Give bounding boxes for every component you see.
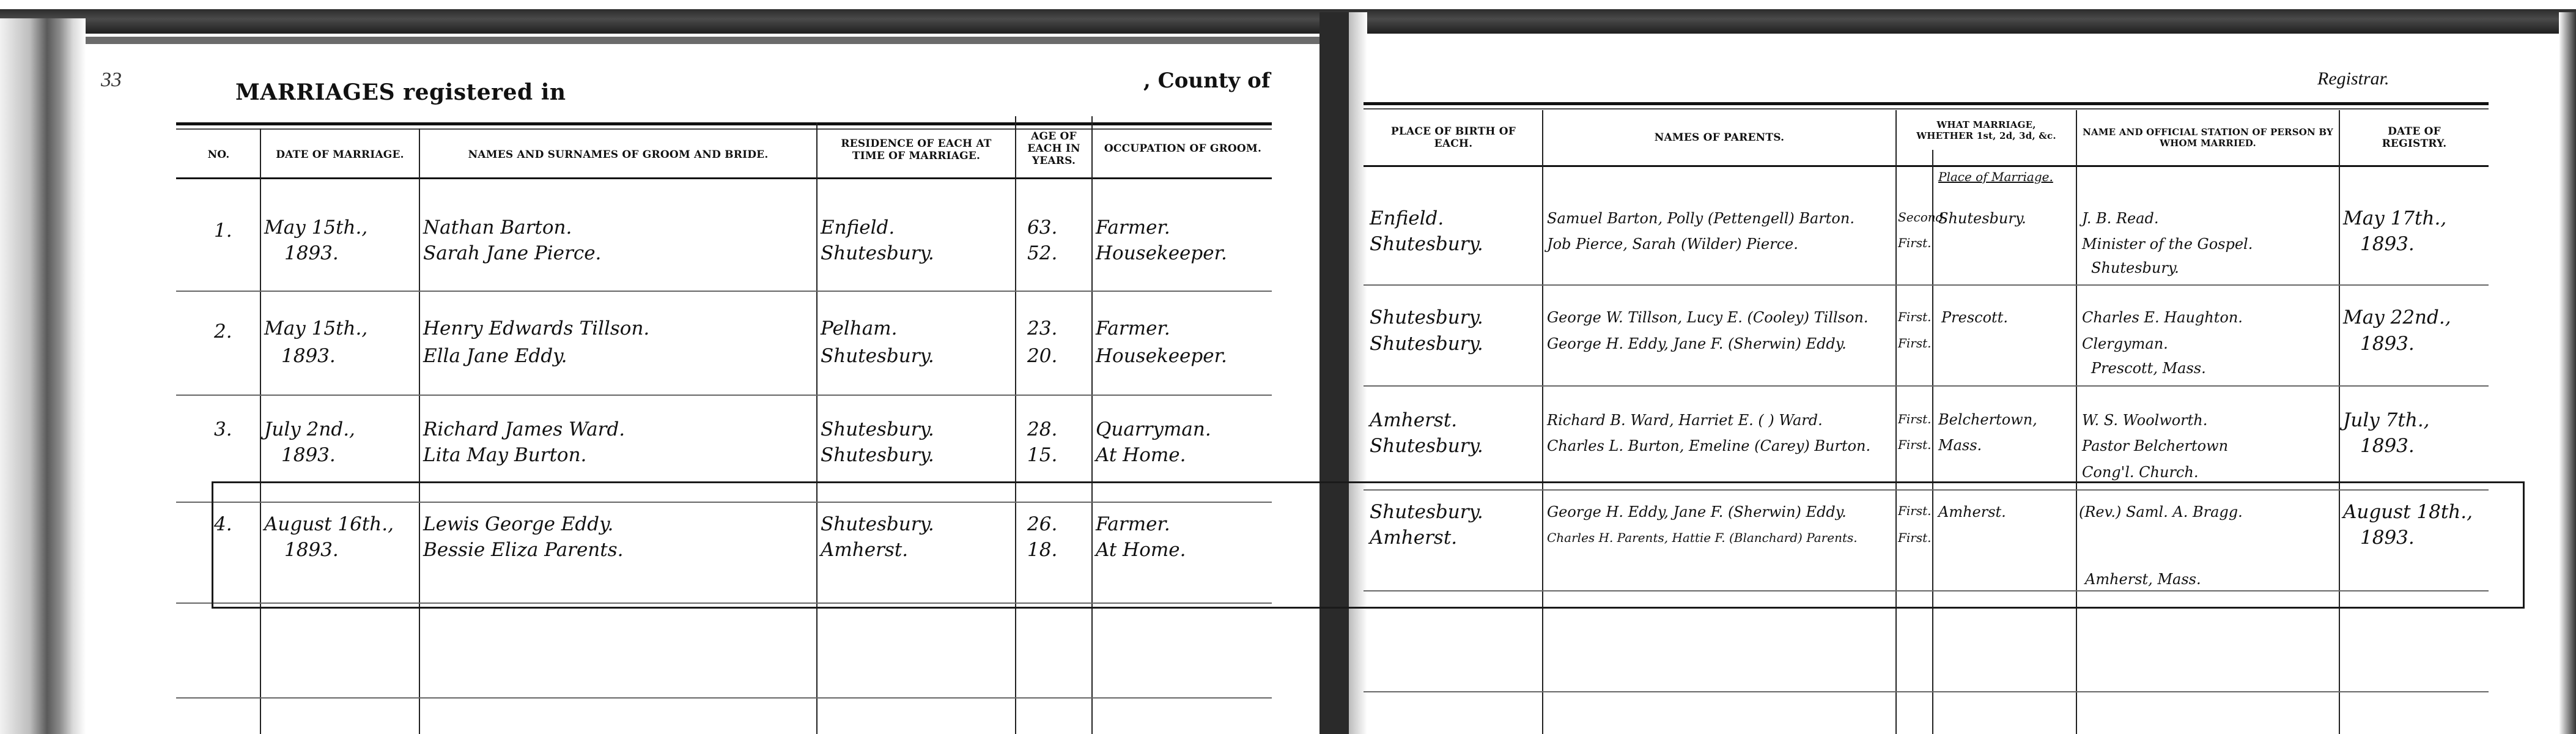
- bride-parents: Job Pierce, Sarah (Wilder) Pierce.: [1547, 231, 1798, 258]
- col-divider: [2339, 110, 2340, 734]
- registry-date-line2: 1893.: [2360, 231, 2415, 258]
- registry-date-line2: 1893.: [2360, 432, 2415, 459]
- groom-name: Henry Edwards Tillson.: [423, 315, 649, 342]
- groom-birthplace: Shutesbury.: [1370, 304, 1483, 331]
- bride-birthplace: Shutesbury.: [1370, 231, 1483, 258]
- groom-name: Richard James Ward.: [423, 416, 625, 443]
- col-divider: [1542, 110, 1543, 734]
- groom-birthplace: Amherst.: [1370, 407, 1457, 434]
- right-page-edge: [2559, 12, 2576, 734]
- bride-parents: Charles H. Parents, Hattie F. (Blanchard…: [1547, 530, 1858, 546]
- registry-date-line2: 1893.: [2360, 330, 2415, 357]
- bride-name: Ella Jane Eddy.: [423, 343, 567, 369]
- header-parents: NAMES OF PARENTS.: [1543, 110, 1895, 165]
- bride-age: 52.: [1027, 240, 1057, 267]
- bride-name: Bessie Eliza Parents.: [423, 536, 623, 563]
- bride-residence: Amherst.: [821, 536, 908, 563]
- registry-date-line1: May 17th.,: [2343, 205, 2446, 232]
- register-title: MARRIAGES registered in: [235, 80, 566, 105]
- county-label: , County of: [1143, 69, 1270, 93]
- book-top-edge: [0, 9, 2576, 34]
- bride-occupation: Housekeeper.: [1096, 343, 1227, 369]
- officiant-name: (Rev.) Saml. A. Bragg.: [2079, 499, 2243, 525]
- header-place-of-birth: PLACE OF BIRTH OF EACH.: [1365, 110, 1542, 165]
- left-page-binding: [0, 18, 86, 734]
- registrar-label: Registrar.: [2317, 69, 2390, 89]
- bride-birthplace: Shutesbury.: [1370, 330, 1483, 357]
- place-of-marriage: Prescott.: [1941, 304, 2008, 331]
- marriage-date-line2: 1893.: [284, 536, 339, 563]
- officiant-name: Charles E. Haughton.: [2082, 304, 2243, 331]
- marriage-date-line1: May 15th.,: [264, 315, 367, 342]
- entry-no: 4.: [214, 511, 232, 538]
- marriage-date-line1: May 15th.,: [264, 214, 367, 241]
- bride-residence: Shutesbury.: [821, 442, 934, 469]
- header-age: AGE OF EACH IN YEARS.: [1016, 119, 1091, 177]
- marriage-date-line1: August 16th.,: [264, 511, 394, 538]
- groom-occupation: Farmer.: [1096, 511, 1170, 538]
- page-number: 33: [101, 69, 122, 92]
- header-residence: RESIDENCE OF EACH AT TIME OF MARRIAGE.: [817, 122, 1015, 177]
- entry-no: 2.: [214, 318, 232, 345]
- bride-occupation: Housekeeper.: [1096, 240, 1227, 267]
- header-officiant: NAME AND OFFICIAL STATION OF PERSON BY W…: [2077, 110, 2339, 165]
- header-top-rule-right: [1364, 102, 2489, 105]
- groom-age: 28.: [1027, 416, 1057, 443]
- header-date-of-registry: DATE OF REGISTRY.: [2340, 110, 2489, 165]
- bride-what-marriage: First.: [1898, 335, 1932, 351]
- groom-age: 26.: [1027, 511, 1057, 538]
- col-divider: [1091, 116, 1093, 734]
- marriage-date-line2: 1893.: [284, 240, 339, 267]
- bride-name: Sarah Jane Pierce.: [423, 240, 601, 267]
- row-rule: [1364, 385, 2489, 387]
- header-date-of-marriage: DATE OF MARRIAGE.: [261, 132, 419, 177]
- groom-age: 23.: [1027, 315, 1057, 342]
- groom-occupation: Quarryman.: [1096, 416, 1211, 443]
- registry-date-line1: August 18th.,: [2343, 499, 2473, 525]
- header-names: NAMES AND SURNAMES OF GROOM AND BRIDE.: [420, 132, 816, 177]
- marriage-date-line2: 1893.: [281, 343, 336, 369]
- registry-date-line2: 1893.: [2360, 524, 2415, 551]
- book-gutter: [1319, 12, 1349, 734]
- bride-name: Lita May Burton.: [423, 442, 586, 469]
- bride-occupation: At Home.: [1096, 536, 1186, 563]
- registry-date-line1: May 22nd.,: [2343, 304, 2451, 331]
- bride-parents: George H. Eddy, Jane F. (Sherwin) Eddy.: [1547, 330, 1847, 357]
- marriage-date-line2: 1893.: [281, 442, 336, 469]
- groom-residence: Enfield.: [821, 214, 895, 241]
- groom-name: Lewis George Eddy.: [423, 511, 613, 538]
- row-rule: [1364, 284, 2489, 286]
- bride-birthplace: Shutesbury.: [1370, 432, 1483, 459]
- groom-what-marriage: First.: [1898, 309, 1932, 325]
- col-divider: [1895, 110, 1897, 734]
- groom-what-marriage: First.: [1898, 411, 1932, 427]
- groom-parents: George H. Eddy, Jane F. (Sherwin) Eddy.: [1547, 499, 1847, 525]
- place-of-marriage: Belchertown, Mass.: [1938, 407, 2074, 458]
- col-divider: [816, 122, 817, 734]
- bride-what-marriage: First.: [1898, 530, 1932, 546]
- bride-residence: Shutesbury.: [821, 343, 934, 369]
- bride-what-marriage: First.: [1898, 437, 1932, 453]
- officiant-title: Clergyman.: [2082, 330, 2168, 357]
- officiant-title: Pastor Belchertown: [2082, 432, 2228, 459]
- groom-residence: Shutesbury.: [821, 511, 934, 538]
- groom-birthplace: Shutesbury.: [1370, 499, 1483, 525]
- groom-birthplace: Enfield.: [1370, 205, 1444, 232]
- bride-age: 20.: [1027, 343, 1057, 369]
- header-what-marriage: WHAT MARRIAGE, WHETHER 1st, 2d, 3d, &c.: [1897, 110, 2076, 150]
- bride-age: 18.: [1027, 536, 1057, 563]
- bride-birthplace: Amherst.: [1370, 524, 1457, 551]
- col-divider: [1932, 150, 1933, 734]
- groom-occupation: Farmer.: [1096, 214, 1170, 241]
- groom-parents: Richard B. Ward, Harriet E. ( ) Ward.: [1547, 407, 1823, 434]
- row-rule: [176, 291, 1272, 292]
- officiant-title: Minister of the Gospel.: [2082, 231, 2253, 258]
- col-divider: [419, 128, 420, 734]
- bride-residence: Shutesbury.: [821, 240, 934, 267]
- header-no: NO.: [177, 132, 260, 177]
- groom-parents: George W. Tillson, Lucy E. (Cooley) Till…: [1547, 304, 1868, 331]
- place-of-marriage: Amherst.: [1938, 499, 2006, 525]
- col-divider: [260, 128, 261, 734]
- row-rule: [176, 395, 1272, 396]
- bride-parents: Charles L. Burton, Emeline (Carey) Burto…: [1547, 432, 1870, 459]
- place-of-marriage: Shutesbury.: [1938, 205, 2026, 232]
- entry-no: 1.: [214, 217, 232, 244]
- header-bottom-rule-left: [176, 177, 1272, 179]
- groom-name: Nathan Barton.: [423, 214, 572, 241]
- officiant-location: Amherst, Mass.: [2085, 566, 2201, 593]
- groom-parents: Samuel Barton, Polly (Pettengell) Barton…: [1547, 205, 1854, 232]
- header-bottom-rule-right: [1364, 165, 2489, 167]
- groom-what-marriage: First.: [1898, 503, 1932, 519]
- book-top-edge-inner: [73, 37, 1321, 44]
- row-rule: [176, 697, 1272, 699]
- header-top-rule-right-thin: [1364, 108, 2489, 109]
- bride-age: 15.: [1027, 442, 1057, 469]
- col-divider: [2076, 110, 2077, 734]
- groom-residence: Shutesbury.: [821, 416, 934, 443]
- header-occupation: OCCUPATION OF GROOM.: [1093, 119, 1273, 177]
- officiant-name: J. B. Read.: [2082, 205, 2158, 232]
- registry-date-line1: July 7th.,: [2343, 407, 2430, 434]
- officiant-name: W. S. Woolworth.: [2082, 407, 2207, 434]
- place-of-marriage-note: Place of Marriage.: [1938, 169, 2053, 185]
- col-divider: [1015, 116, 1016, 734]
- entry-no: 3.: [214, 416, 232, 443]
- bride-what-marriage: First.: [1898, 235, 1932, 251]
- groom-occupation: Farmer.: [1096, 315, 1170, 342]
- groom-age: 63.: [1027, 214, 1057, 241]
- officiant-location: Shutesbury.: [2091, 254, 2179, 281]
- marriage-date-line1: July 2nd.,: [264, 416, 355, 443]
- row-rule: [1364, 691, 2489, 692]
- officiant-location: Prescott, Mass.: [2091, 355, 2206, 382]
- groom-residence: Pelham.: [821, 315, 897, 342]
- bride-occupation: At Home.: [1096, 442, 1186, 469]
